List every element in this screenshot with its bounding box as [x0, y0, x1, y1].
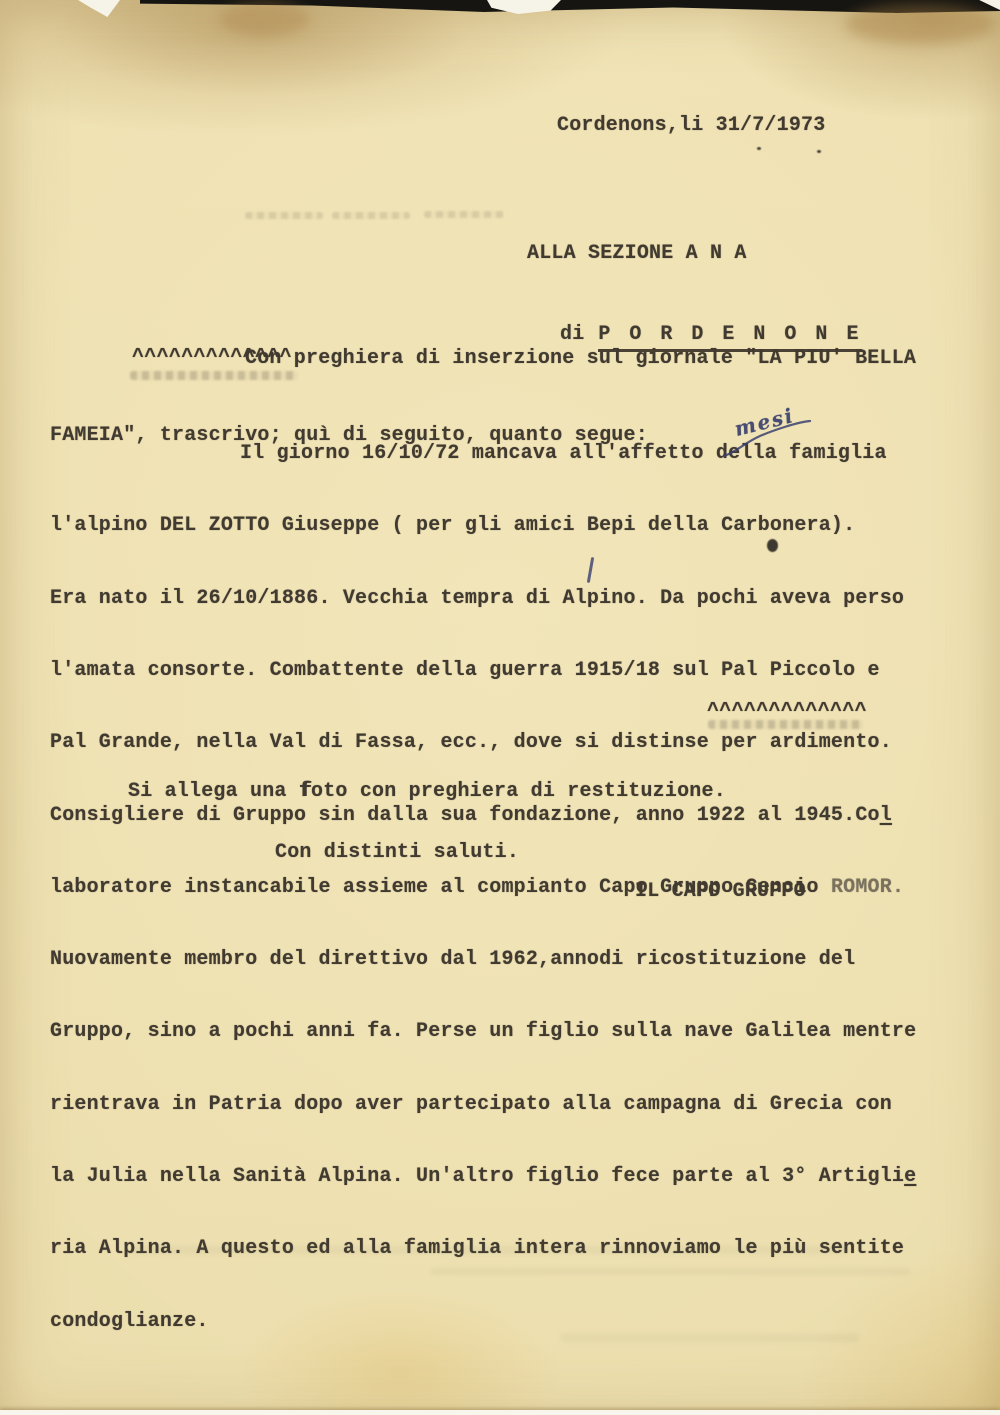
ink-speck — [757, 147, 761, 150]
date-line: Cordenons,li 31/7/1973 — [557, 114, 825, 137]
bleed-through-ghost — [560, 1334, 860, 1342]
faded-surname: ROMOR. — [831, 876, 904, 899]
body-line: Gruppo, sino a pochi anni fa. Perse un f… — [50, 1020, 920, 1044]
body-line: rientrava in Patria dopo aver partecipat… — [50, 1093, 920, 1117]
erased-text-smudge — [130, 371, 298, 380]
body-line: Consigliere di Gruppo sin dalla sua fond… — [50, 804, 920, 828]
hyphenation-underline: l — [880, 804, 892, 827]
paper-tear-left — [78, 0, 120, 17]
caret-separator-top: ^^^^^^^^^^^^^ — [132, 346, 292, 369]
bleed-through-ghost — [130, 1246, 850, 1254]
recipient-line: ALLA SEZIONE A N A — [527, 240, 862, 267]
body-line: l'amata consorte. Combattente della guer… — [50, 659, 920, 683]
body-line: Pal Grande, nella Val di Fassa, ecc., do… — [50, 731, 920, 755]
body-line: la Julia nella Sanità Alpina. Un'altro f… — [50, 1165, 920, 1189]
hyphenation-underline: e — [904, 1165, 916, 1188]
closing-line: Con distinti saluti. — [275, 841, 519, 864]
erased-text-smudge — [245, 212, 323, 219]
body-line: Era nato il 26/10/1886. Vecchia tempra d… — [50, 587, 920, 611]
body-line: Nuovamente membro del direttivo dal 1962… — [50, 948, 920, 972]
overstruck-letter: f — [299, 780, 311, 803]
body-line: l'alpino DEL ZOTTO Giuseppe ( per gli am… — [50, 514, 920, 538]
handwritten-insertion: mesi — [718, 412, 818, 462]
attachment-line: Si allega una foto con preghiera di rest… — [128, 780, 726, 803]
body-line-text: la Julia nella Sanità Alpina. Un'altro f… — [50, 1165, 904, 1188]
attachment-text: oto con preghiera di restituzione. — [311, 780, 726, 803]
ink-speck — [817, 150, 821, 153]
age-stain-top-right — [845, 4, 995, 44]
body-line-text: Consigliere di Gruppo sin dalla sua fond… — [50, 804, 880, 827]
attachment-text: Si allega una — [128, 780, 299, 803]
bleed-through-ghost — [430, 1268, 910, 1275]
erased-text-smudge — [708, 720, 863, 729]
age-stain-top-left — [220, 2, 310, 36]
erased-text-smudge — [332, 212, 410, 219]
paper-bottom-edge — [0, 1410, 1000, 1415]
paper-tear-center — [487, 0, 561, 14]
body-line: condoglianze. — [50, 1310, 920, 1334]
ink-blot-correction — [767, 539, 778, 552]
erased-text-smudge — [424, 211, 504, 218]
signature-line: IL CAPO GRUPPO — [635, 880, 806, 903]
letter-page: Cordenons,li 31/7/1973 ALLA SEZIONE A N … — [0, 0, 1000, 1415]
